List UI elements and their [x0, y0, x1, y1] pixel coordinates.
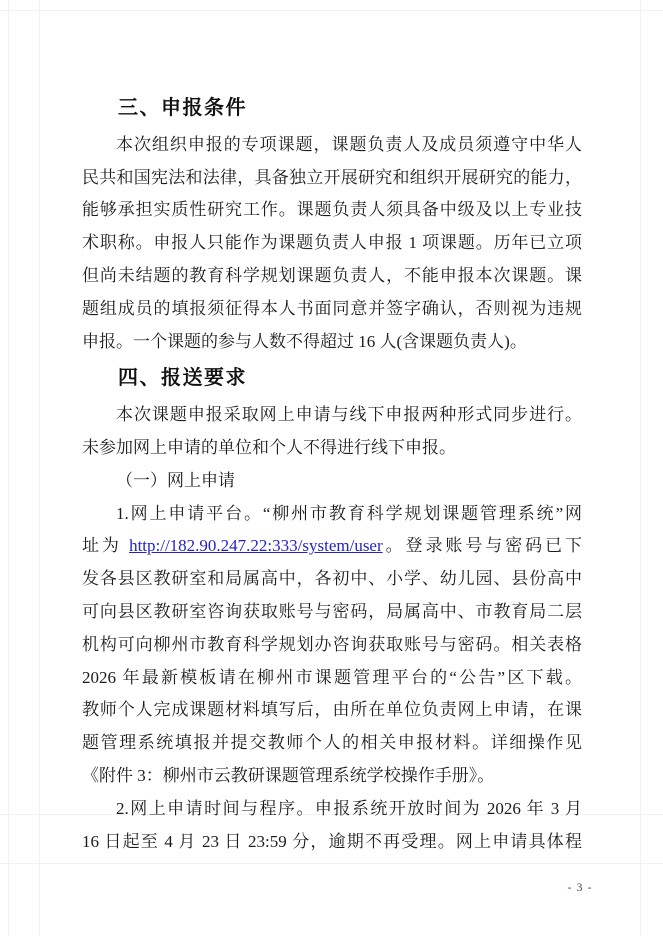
system-url-link[interactable]: http://182.90.247.22:333/system/user: [129, 536, 383, 555]
subsection-heading-online-application: （一）网上申请: [82, 465, 582, 498]
text-line: 发各县区教研室和局属高中，各初中、小学、幼儿园、县份高中: [82, 563, 582, 596]
text-line: 民共和国宪法和法律，具备独立开展研究和组织开展研究的能力，: [82, 162, 582, 195]
text-line: 2026 年最新模板请在柳州市课题管理平台的“公告”区下载。: [82, 662, 582, 695]
text-line: 申报。一个课题的参与人数不得超过 16 人(含课题负责人)。: [82, 326, 582, 359]
text-line: 2.网上申请时间与程序。申报系统开放时间为 2026 年 3 月: [82, 793, 582, 826]
text-line: 1.网上申请平台。“柳州市教育科学规划课题管理系统”网: [82, 498, 582, 531]
text-line: 本次课题申报采取网上申请与线下申报两种形式同步进行。: [82, 399, 582, 432]
document-page: 三、申报条件本次组织申报的专项课题，课题负责人及成员须遵守中华人民共和国宪法和法…: [0, 0, 663, 936]
text-line: 机构可向柳州市教育科学规划办咨询获取账号与密码。相关表格: [82, 629, 582, 662]
scan-artifact-line: [0, 863, 663, 864]
text-line: 本次组织申报的专项课题，课题负责人及成员须遵守中华人: [82, 129, 582, 162]
text-line: 未参加网上申请的单位和个人不得进行线下申报。: [82, 432, 582, 465]
page-number: - 3 -: [556, 880, 604, 895]
text-line: 址为 http://182.90.247.22:333/system/user。…: [82, 530, 582, 563]
text-line: 16 日起至 4 月 23 日 23:59 分，逾期不再受理。网上申请具体程: [82, 826, 582, 859]
text-line: 可向县区教研室咨询获取账号与密码，局属高中、市教育局二层: [82, 596, 582, 629]
text-line: 题组成员的填报须征得本人书面同意并签字确认，否则视为违规: [82, 293, 582, 326]
text-line: 术职称。申报人只能作为课题负责人申报 1 项课题。历年已立项: [82, 227, 582, 260]
text-line: 能够承担实质性研究工作。课题负责人须具备中级及以上专业技: [82, 194, 582, 227]
section-heading-4: 四、报送要求: [82, 362, 582, 395]
text-segment: 址为: [82, 536, 129, 555]
text-line: 题管理系统填报并提交教师个人的相关申报材料。详细操作见: [82, 727, 582, 760]
document-text-body: 三、申报条件本次组织申报的专项课题，课题负责人及成员须遵守中华人民共和国宪法和法…: [82, 88, 582, 858]
text-line: 教师个人完成课题材料填写后，由所在单位负责网上申请，在课: [82, 694, 582, 727]
text-line: 但尚未结题的教育科学规划课题负责人，不能申报本次课题。课: [82, 260, 582, 293]
scan-artifact-line: [640, 0, 641, 936]
text-segment: 。登录账号与密码已下: [383, 536, 582, 555]
scan-artifact-line: [0, 10, 663, 11]
section-heading-3: 三、申报条件: [82, 92, 582, 125]
scan-artifact-line: [39, 0, 40, 936]
text-line: 《附件 3：柳州市云教研课题管理系统学校操作手册》。: [82, 760, 582, 793]
scan-artifact-line: [8, 0, 9, 936]
